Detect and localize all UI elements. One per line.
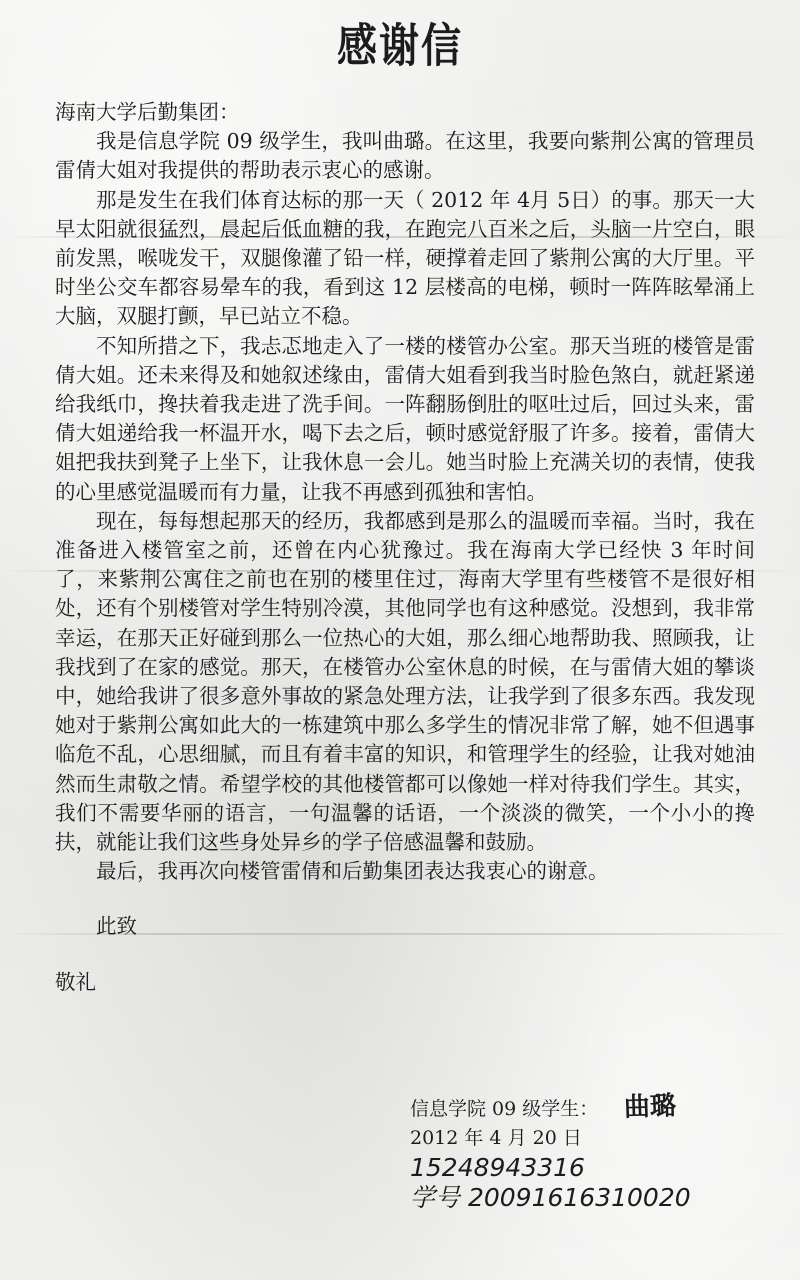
closing-jingli: 敬礼 [55,968,755,997]
signature-block: 信息学院 09 级学生： 曲璐 2012 年 4 月 20 日 15248943… [410,1093,691,1213]
letter-title: 感谢信 [0,10,800,76]
salutation: 海南大学后勤集团： [55,98,755,127]
paragraph: 不知所措之下，我忐忑地走入了一楼的楼管办公室。那天当班的楼管是雷倩大姐。还未来得… [55,332,755,507]
student-id-label: 学号 [410,1183,460,1212]
letter-body: 海南大学后勤集团： 我是信息学院 09 级学生，我叫曲璐。在这里，我要向紫荆公寓… [55,98,755,997]
paragraph: 现在，每每想起那天的经历，我都感到是那么的温暖而幸福。当时，我在准备进入楼管室之… [55,507,755,857]
handwritten-student-id: 学号 20091616310020 [410,1183,691,1213]
signer-affiliation: 信息学院 09 级学生： [410,1095,598,1124]
closing-cizhi: 此致 [55,912,755,941]
handwritten-phone: 15248943316 [410,1153,691,1183]
student-id-value: 20091616310020 [468,1183,691,1212]
paragraph: 我是信息学院 09 级学生，我叫曲璐。在这里，我要向紫荆公寓的管理员雷倩大姐对我… [55,127,755,185]
paragraph: 那是发生在我们体育达标的那一天（ 2012 年 4月 5日）的事。那天一大早太阳… [55,186,755,332]
letter-date: 2012 年 4 月 20 日 [410,1124,691,1153]
handwritten-signature: 曲璐 [624,1092,677,1123]
paragraph: 最后，我再次向楼管雷倩和后勤集团表达我衷心的谢意。 [55,857,755,886]
